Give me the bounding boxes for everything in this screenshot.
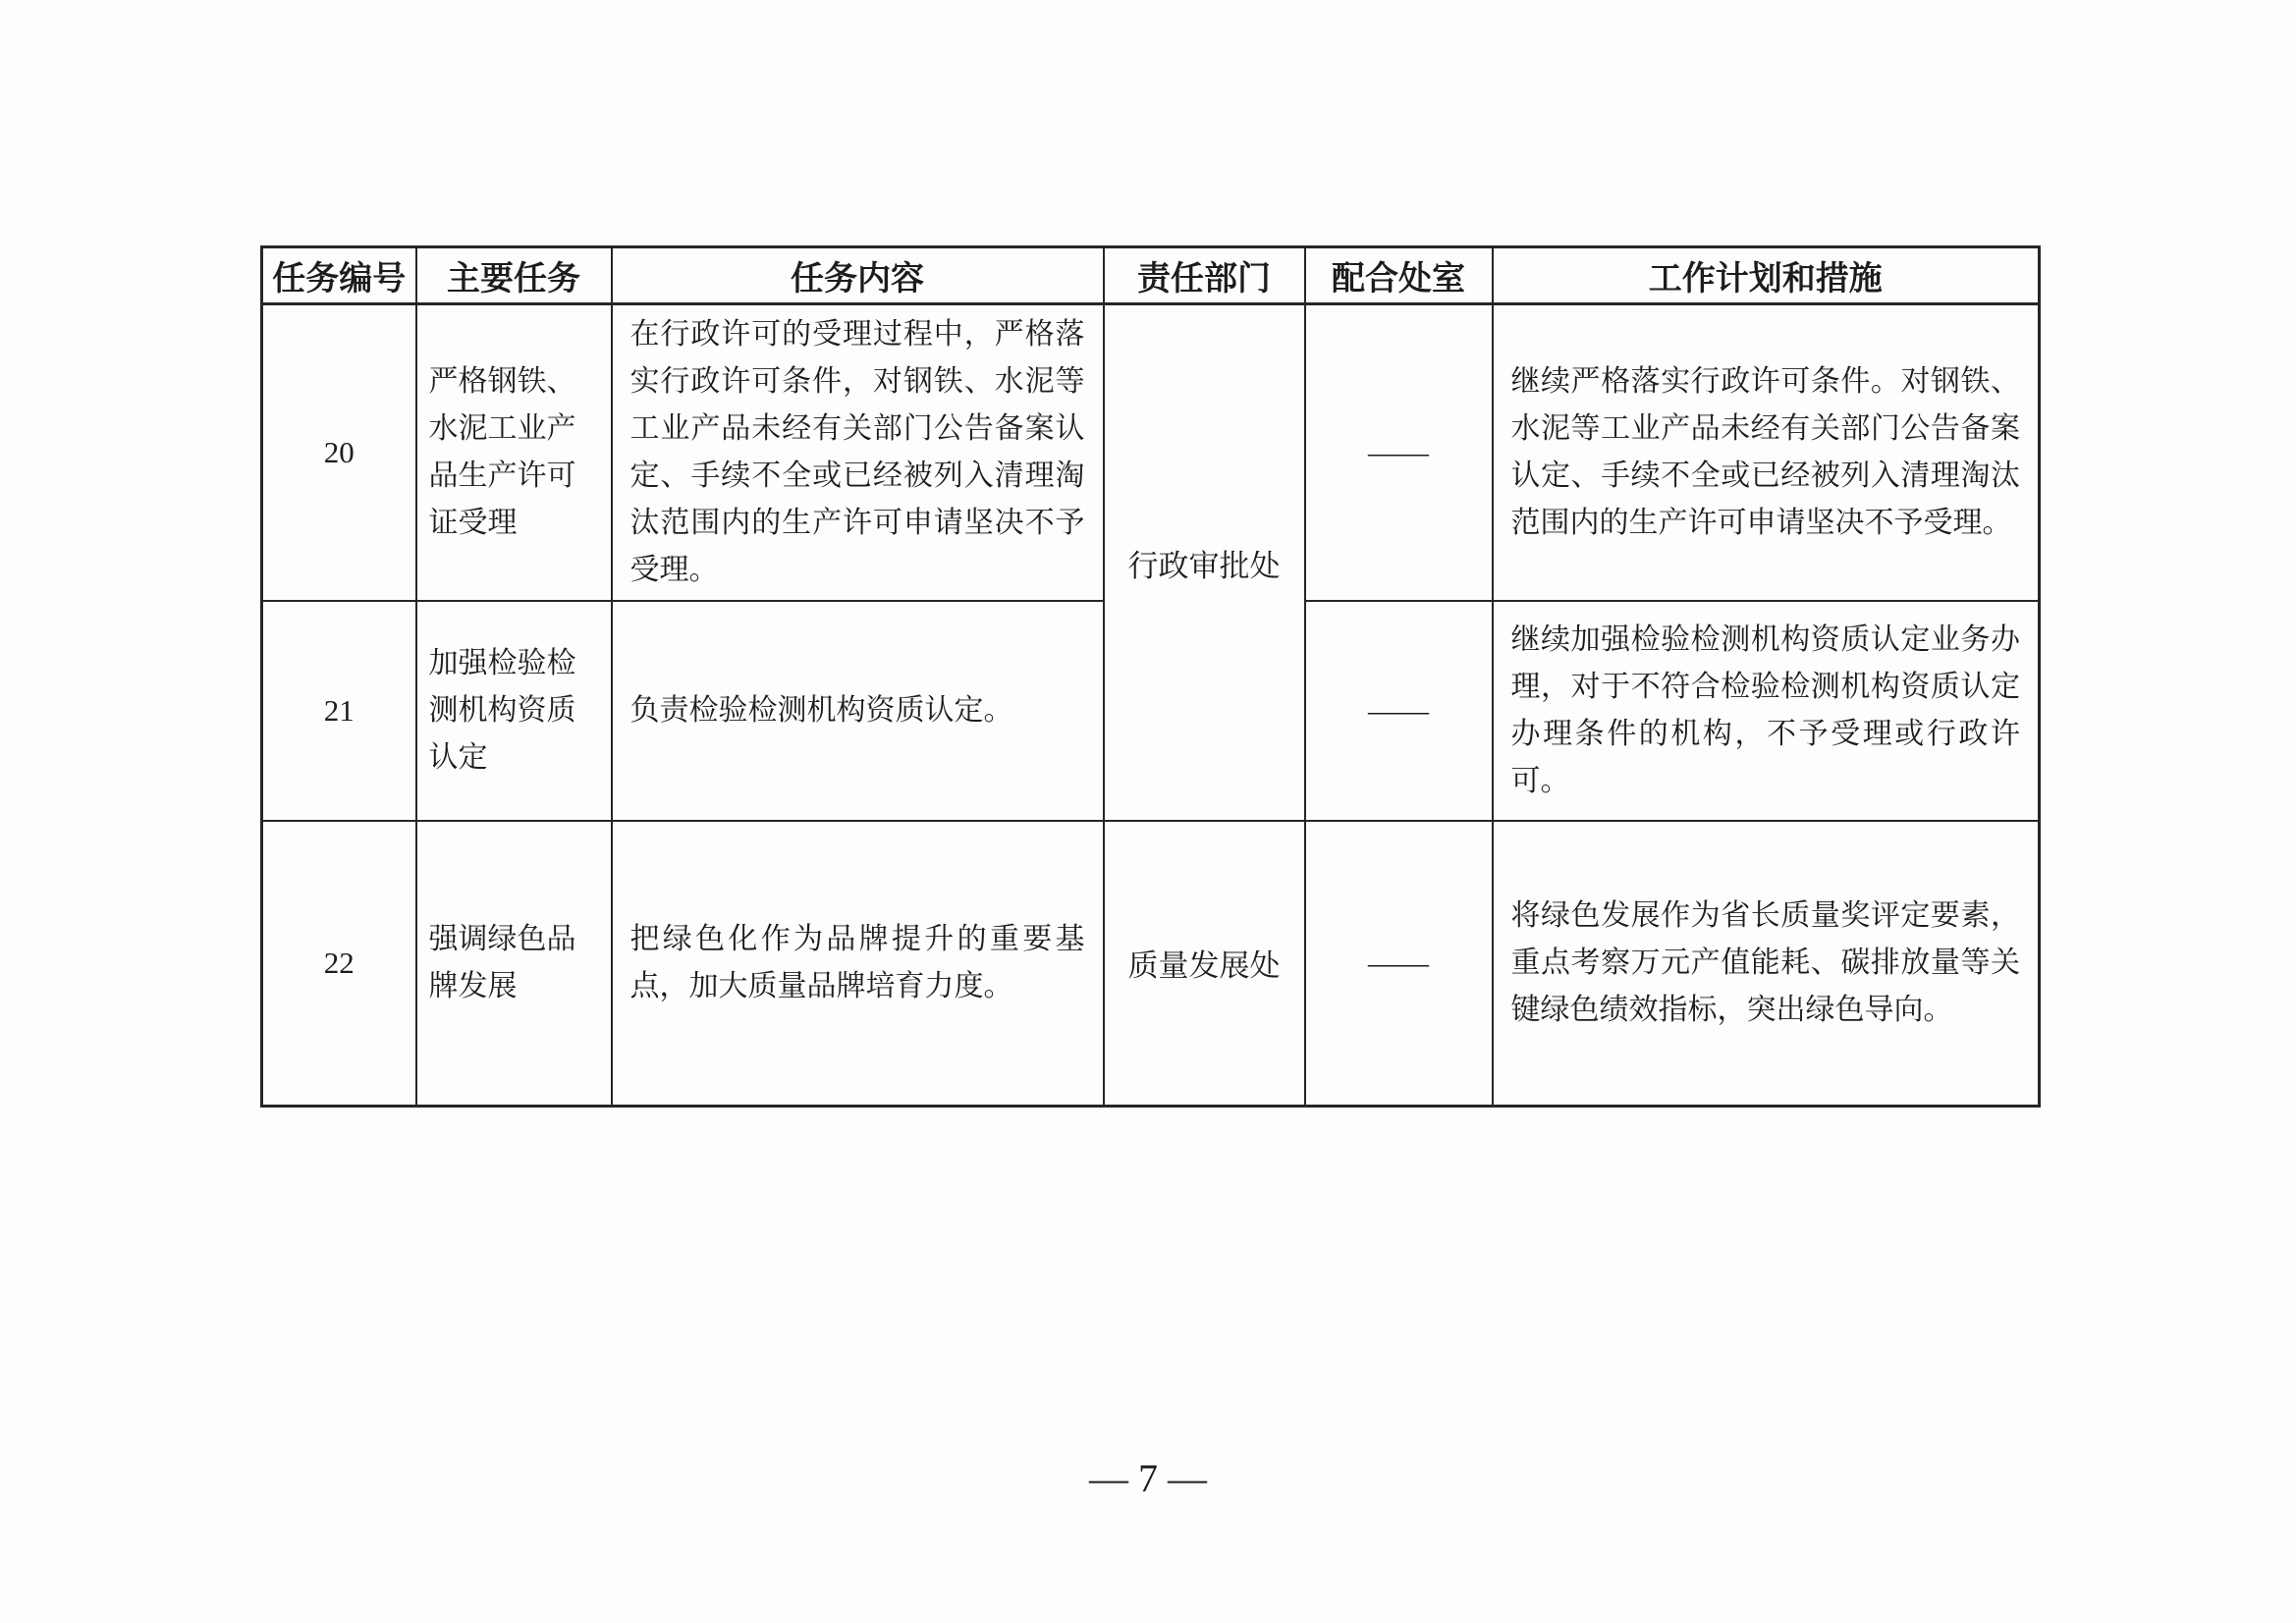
table-row-task-20: 20 严格钢铁、水泥工业产品生产许可证受理 在行政许可的受理过程中，严格落实行政… bbox=[262, 304, 2040, 602]
main-task-text: 强调绿色品牌发展 bbox=[416, 821, 612, 1106]
page-number: — 7 — bbox=[0, 1455, 2296, 1501]
header-cooperating-office: 配合处室 bbox=[1305, 247, 1493, 304]
task-content-text: 在行政许可的受理过程中，严格落实行政许可条件，对钢铁、水泥等工业产品未经有关部门… bbox=[612, 304, 1104, 602]
task-content-text: 把绿色化作为品牌提升的重要基点，加大质量品牌培育力度。 bbox=[612, 821, 1104, 1106]
header-task-content: 任务内容 bbox=[612, 247, 1104, 304]
responsible-department-merged: 行政审批处 bbox=[1104, 304, 1305, 822]
task-id: 21 bbox=[262, 601, 416, 821]
responsible-department: 质量发展处 bbox=[1104, 821, 1305, 1106]
work-plan-text: 继续加强检验检测机构资质认定业务办理，对于不符合检验检测机构资质认定办理条件的机… bbox=[1493, 601, 2040, 821]
task-id: 20 bbox=[262, 304, 416, 602]
task-plan-table: 任务编号 主要任务 任务内容 责任部门 配合处室 工作计划和措施 20 严格钢铁… bbox=[260, 245, 2041, 1108]
table-header-row: 任务编号 主要任务 任务内容 责任部门 配合处室 工作计划和措施 bbox=[262, 247, 2040, 304]
task-content-text: 负责检验检测机构资质认定。 bbox=[612, 601, 1104, 821]
document-page: 任务编号 主要任务 任务内容 责任部门 配合处室 工作计划和措施 20 严格钢铁… bbox=[0, 0, 2296, 1623]
header-work-plan: 工作计划和措施 bbox=[1493, 247, 2040, 304]
header-responsible-department: 责任部门 bbox=[1104, 247, 1305, 304]
cooperating-office-dash: —— bbox=[1305, 601, 1493, 821]
main-task-text: 严格钢铁、水泥工业产品生产许可证受理 bbox=[416, 304, 612, 602]
header-main-task: 主要任务 bbox=[416, 247, 612, 304]
header-task-id: 任务编号 bbox=[262, 247, 416, 304]
work-plan-text: 继续严格落实行政许可条件。对钢铁、水泥等工业产品未经有关部门公告备案认定、手续不… bbox=[1493, 304, 2040, 602]
cooperating-office-dash: —— bbox=[1305, 304, 1493, 602]
cooperating-office-dash: —— bbox=[1305, 821, 1493, 1106]
task-id: 22 bbox=[262, 821, 416, 1106]
main-task-text: 加强检验检测机构资质认定 bbox=[416, 601, 612, 821]
table-row-task-22: 22 强调绿色品牌发展 把绿色化作为品牌提升的重要基点，加大质量品牌培育力度。 … bbox=[262, 821, 2040, 1106]
work-plan-text: 将绿色发展作为省长质量奖评定要素，重点考察万元产值能耗、碳排放量等关键绿色绩效指… bbox=[1493, 821, 2040, 1106]
